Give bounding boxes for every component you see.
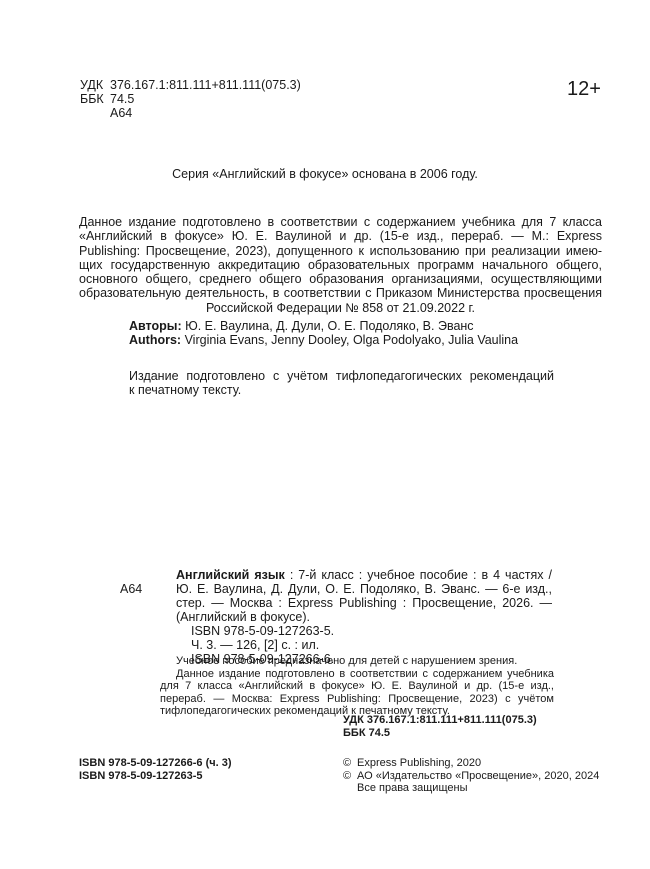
- copyright-line: Express Publishing, 2020: [357, 757, 481, 770]
- record-line: стер. — Москва : Express Publishing : Пр…: [176, 596, 552, 610]
- bbk-label: ББК: [80, 92, 110, 106]
- record-line: Ю. Е. Ваулина, Д. Дули, О. Е. Подоляко, …: [176, 582, 552, 596]
- rights-reserved: Все права защищены: [357, 782, 467, 795]
- annotation-line: перераб. — Москва: Express Publishing: П…: [160, 693, 554, 706]
- udk-label: УДК: [80, 78, 110, 92]
- isbn-line: ISBN 978-5-09-127263-5.: [120, 624, 552, 638]
- authors-en-label: Authors:: [129, 333, 181, 347]
- isbn-block: ISBN 978-5-09-127266-6 (ч. 3) ISBN 978-5…: [79, 757, 232, 782]
- tiflo-line: к печатному тексту.: [129, 383, 554, 397]
- pages-line: Ч. 3. — 126, [2] с. : ил.: [120, 638, 552, 652]
- copyright-icon: ©: [343, 757, 357, 770]
- tiflo-line: Издание подготовлено с учётом тифлопедаг…: [129, 369, 554, 383]
- age-rating: 12+: [567, 78, 601, 101]
- book-title: Английский язык: [176, 568, 285, 582]
- bibliographic-record: Английский язык : 7-й класс : учебное по…: [120, 568, 552, 666]
- tiflo-note: Издание подготовлено с учётом тифлопедаг…: [129, 369, 554, 397]
- annotation-line: для 7 класса «Английский в фокусе» Ю. Е.…: [160, 680, 554, 693]
- authors-en: Virginia Evans, Jenny Dooley, Olga Podol…: [185, 333, 519, 347]
- record-line: (Английский в фокусе).: [176, 610, 310, 624]
- authors-ru-label: Авторы:: [129, 319, 182, 333]
- paragraph-line: «Английский в фокусе» Ю. Е. Ваулиной и д…: [79, 229, 602, 243]
- classification-block: УДК376.167.1:811.111+811.111(075.3) ББК7…: [80, 78, 301, 120]
- paragraph-line: основного общего, среднего общего образо…: [79, 272, 602, 286]
- record-classification: УДК 376.167.1:811.111+811.111(075.3) ББК…: [343, 714, 537, 739]
- paragraph-line: Данное издание подготовлено в соответств…: [79, 215, 602, 229]
- annotation-line: Данное издание подготовлено в соответств…: [176, 668, 554, 681]
- record-udk: УДК 376.167.1:811.111+811.111(075.3): [343, 714, 537, 727]
- isbn-set: ISBN 978-5-09-127263-5: [79, 770, 232, 783]
- annotation: Учебное пособие предназначено для детей …: [176, 655, 554, 718]
- copyright-icon: ©: [343, 770, 357, 783]
- paragraph-line: Publishing: Просвещение, 2023), допущенн…: [79, 244, 602, 258]
- isbn-part: ISBN 978-5-09-127266-6 (ч. 3): [79, 757, 232, 770]
- udk-value: 376.167.1:811.111+811.111(075.3): [110, 78, 301, 92]
- author-code: А64: [120, 582, 142, 596]
- paragraph-line: образовательную деятельность, в соответс…: [79, 286, 602, 300]
- author-mark: А64: [110, 106, 132, 120]
- compliance-paragraph: Данное издание подготовлено в соответств…: [79, 215, 602, 315]
- book-title-rest: : 7-й класс : учебное пособие : в 4 част…: [285, 568, 552, 582]
- record-bbk: ББК 74.5: [343, 727, 537, 740]
- series-note: Серия «Английский в фокусе» основана в 2…: [0, 167, 650, 181]
- authors-ru: Ю. Е. Ваулина, Д. Дули, О. Е. Подоляко, …: [185, 319, 473, 333]
- authors-block: Авторы: Ю. Е. Ваулина, Д. Дули, О. Е. По…: [129, 319, 518, 347]
- annotation-line: Учебное пособие предназначено для детей …: [176, 655, 554, 668]
- paragraph-line: щих государственную аккредитацию образов…: [79, 258, 602, 272]
- copyright-block: ©Express Publishing, 2020 ©АО «Издательс…: [343, 757, 599, 795]
- copyright-line: АО «Издательство «Просвещение», 2020, 20…: [357, 770, 599, 783]
- paragraph-line: Российской Федерации № 858 от 21.09.2022…: [79, 301, 602, 315]
- bbk-value: 74.5: [110, 92, 134, 106]
